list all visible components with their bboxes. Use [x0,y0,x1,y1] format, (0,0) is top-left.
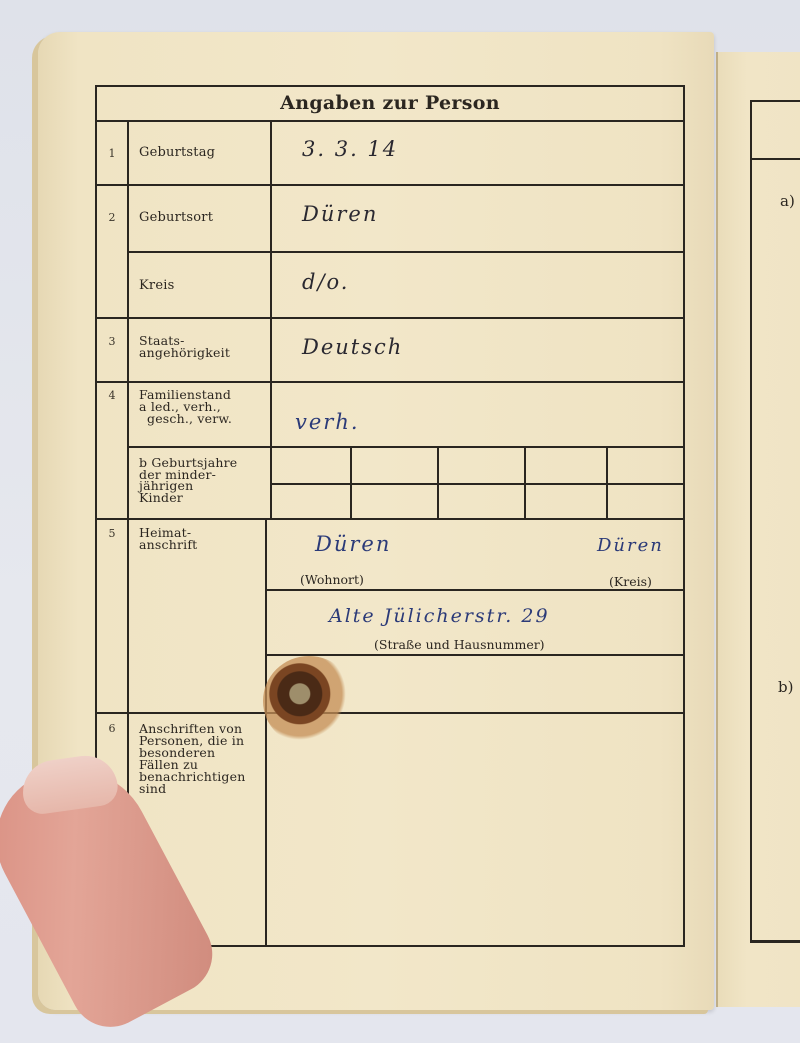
children-grid-col-1 [350,448,352,518]
right-page-mark-b: b) [778,678,793,696]
label-geburtsort: Geburtsort [139,211,213,224]
form-title: Angaben zur Person [97,87,683,122]
children-grid-col-4 [606,448,608,518]
children-grid-midline [270,483,685,485]
label-column-divider-bottom [265,520,267,947]
value-wohnort: Düren [315,532,391,556]
row-number-2: 2 [103,211,121,224]
label-geburtsjahre-kinder: b Geburtsjahre der minder- jährigen Kind… [139,457,237,503]
right-page-header-divider [750,158,800,160]
caption-kreis: (Kreis) [609,574,652,589]
caption-strasse: (Straße und Hausnummer) [374,637,545,652]
row-divider-3 [97,317,685,319]
label-familienstand: Familienstand a led., verh., gesch., ver… [139,389,232,425]
value-kreis-heimat: Düren [597,535,664,556]
row-divider-6 [97,712,685,714]
label-column-divider-top [270,120,272,520]
label-line: anschrift [139,539,197,551]
address-divider-2 [265,654,685,656]
right-page-form-border [750,100,800,943]
label-line: angehörigkeit [139,347,230,359]
row-divider-2a [127,251,685,253]
row-divider-1 [97,184,685,186]
label-line: gesch., verw. [139,413,232,425]
rust-stain [263,656,355,746]
row-number-6: 6 [103,722,121,735]
row-divider-4b [127,446,685,448]
row-divider-4 [97,381,685,383]
value-familienstand: verh. [295,410,360,434]
children-grid-col-2 [437,448,439,518]
row-number-3: 3 [103,335,121,348]
label-geburtstag: Geburtstag [139,146,215,159]
label-line: sind [139,783,245,795]
row-divider-5 [97,518,685,520]
row-number-4: 4 [103,389,121,402]
right-page-mark-a: a) [780,192,795,210]
label-staatsangehoerigkeit: Staats- angehörigkeit [139,335,230,359]
row-number-5: 5 [103,527,121,540]
value-strasse: Alte Jülicherstr. 29 [329,605,550,627]
book-spine [716,52,718,1007]
value-staatsangehoerigkeit: Deutsch [302,335,403,359]
label-anschriften-benachrichtigung: Anschriften von Personen, die in besonde… [139,723,245,795]
label-heimatanschrift: Heimat- anschrift [139,527,197,551]
value-geburtstag: 3. 3. 14 [302,137,398,161]
personal-data-form: Angaben zur Person 1 Geburtstag 3. 3. 14… [95,85,685,947]
value-kreis: d/o. [302,270,349,294]
children-grid-col-3 [524,448,526,518]
label-kreis: Kreis [139,279,174,292]
address-divider-1 [265,589,685,591]
label-line: Kinder [139,492,237,504]
row-number-1: 1 [103,147,121,160]
caption-wohnort: (Wohnort) [300,572,364,587]
value-geburtsort: Düren [302,202,378,226]
